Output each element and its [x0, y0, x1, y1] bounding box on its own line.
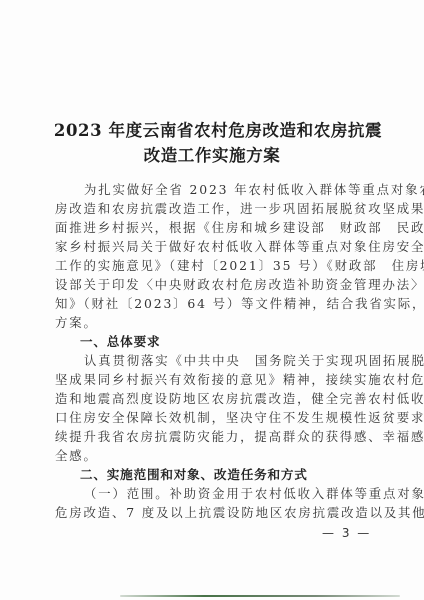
text-line: 坚成果同乡村振兴有效衔接的意见》精神，接续实施农村危房改: [55, 370, 373, 389]
text-line: 面推进乡村振兴，根据《住房和城乡建设部 财政部 民政部 国: [55, 218, 373, 237]
text-line: 家乡村振兴局关于做好农村低收入群体等重点对象住房安全保障: [55, 237, 373, 256]
text-line: 续提升我省农房抗震防灾能力，提高群众的获得感、幸福感和安: [55, 427, 373, 446]
document-title-line-1: 2023 年度云南省农村危房改造和农房抗震: [6, 121, 424, 141]
text-line: 房改造和农房抗震改造工作，进一步巩固拓展脱贫攻坚成果，全: [55, 199, 373, 218]
text-line: 方案。: [55, 313, 373, 332]
scan-edge-divider: [120, 595, 400, 597]
section-heading-general-requirements: 一、总体要求: [80, 332, 160, 351]
document-page: 2023 年度云南省农村危房改造和农房抗震 改造工作实施方案 为扎实做好全省 2…: [0, 0, 424, 600]
text-line: （一）范围。补助资金用于农村低收入群体等重点对象农村: [84, 484, 373, 503]
text-line: 口住房安全保障长效机制，坚决守住不发生规模性返贫要求，持: [55, 408, 373, 427]
page-number: — 3 —: [322, 524, 371, 542]
text-line: 危房改造、7 度及以上抗震设防地区农房抗震改造以及其他符合: [55, 503, 373, 522]
text-line: 为扎实做好全省 2023 年农村低收入群体等重点对象农村危: [84, 180, 373, 199]
text-line: 造和地震高烈度设防地区农房抗震改造，健全完善农村低收入人: [55, 389, 373, 408]
text-line: 工作的实施意见》（建村〔2021〕35 号）《财政部 住房城乡建: [55, 256, 373, 275]
text-line: 设部关于印发〈中央财政农村危房改造补助资金管理办法〉的通: [55, 275, 373, 294]
section-heading-scope-and-tasks: 二、实施范围和对象、改造任务和方式: [80, 465, 308, 484]
document-title-line-2: 改造工作实施方案: [0, 146, 424, 166]
text-line: 认真贯彻落实《中共中央 国务院关于实现巩固拓展脱贫攻: [84, 351, 373, 370]
text-line: 全感。: [55, 446, 373, 465]
text-line: 知》（财社〔2023〕64 号）等文件精神，结合我省实际，制定本: [55, 294, 373, 313]
